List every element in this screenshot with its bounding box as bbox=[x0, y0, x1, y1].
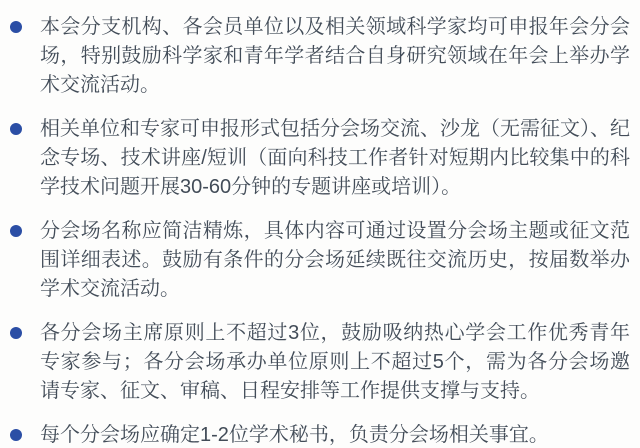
bullet-icon bbox=[10, 21, 22, 33]
list-item: 相关单位和专家可申报形式包括分会场交流、沙龙（无需征文）、纪念专场、技术讲座/短… bbox=[0, 115, 630, 202]
bullet-icon bbox=[10, 225, 22, 237]
list-item-text: 各分会场主席原则上不超过3位，鼓励吸纳热心学会工作优秀青年专家参与；各分会场承办… bbox=[40, 322, 630, 402]
bullet-icon bbox=[10, 429, 22, 441]
bullet-icon bbox=[10, 327, 22, 339]
list-item-text: 每个分会场应确定1-2位学术秘书，负责分会场相关事宜。 bbox=[40, 424, 549, 446]
list-item-text: 分会场名称应简洁精炼，具体内容可通过设置分会场主题或征文范围详细表述。鼓励有条件… bbox=[40, 220, 630, 300]
document-page: 本会分支机构、各会员单位以及相关领域科学家均可申报年会分会场，特别鼓励科学家和青… bbox=[0, 0, 640, 448]
list-item: 本会分支机构、各会员单位以及相关领域科学家均可申报年会分会场，特别鼓励科学家和青… bbox=[0, 13, 630, 100]
list-item: 分会场名称应简洁精炼，具体内容可通过设置分会场主题或征文范围详细表述。鼓励有条件… bbox=[0, 217, 630, 304]
list-item: 各分会场主席原则上不超过3位，鼓励吸纳热心学会工作优秀青年专家参与；各分会场承办… bbox=[0, 319, 630, 406]
list-item-text: 相关单位和专家可申报形式包括分会场交流、沙龙（无需征文）、纪念专场、技术讲座/短… bbox=[40, 118, 630, 198]
list-item: 每个分会场应确定1-2位学术秘书，负责分会场相关事宜。 bbox=[0, 421, 630, 448]
bullet-icon bbox=[10, 123, 22, 135]
list-item-text: 本会分支机构、各会员单位以及相关领域科学家均可申报年会分会场，特别鼓励科学家和青… bbox=[40, 16, 630, 96]
guideline-list: 本会分支机构、各会员单位以及相关领域科学家均可申报年会分会场，特别鼓励科学家和青… bbox=[0, 13, 630, 448]
